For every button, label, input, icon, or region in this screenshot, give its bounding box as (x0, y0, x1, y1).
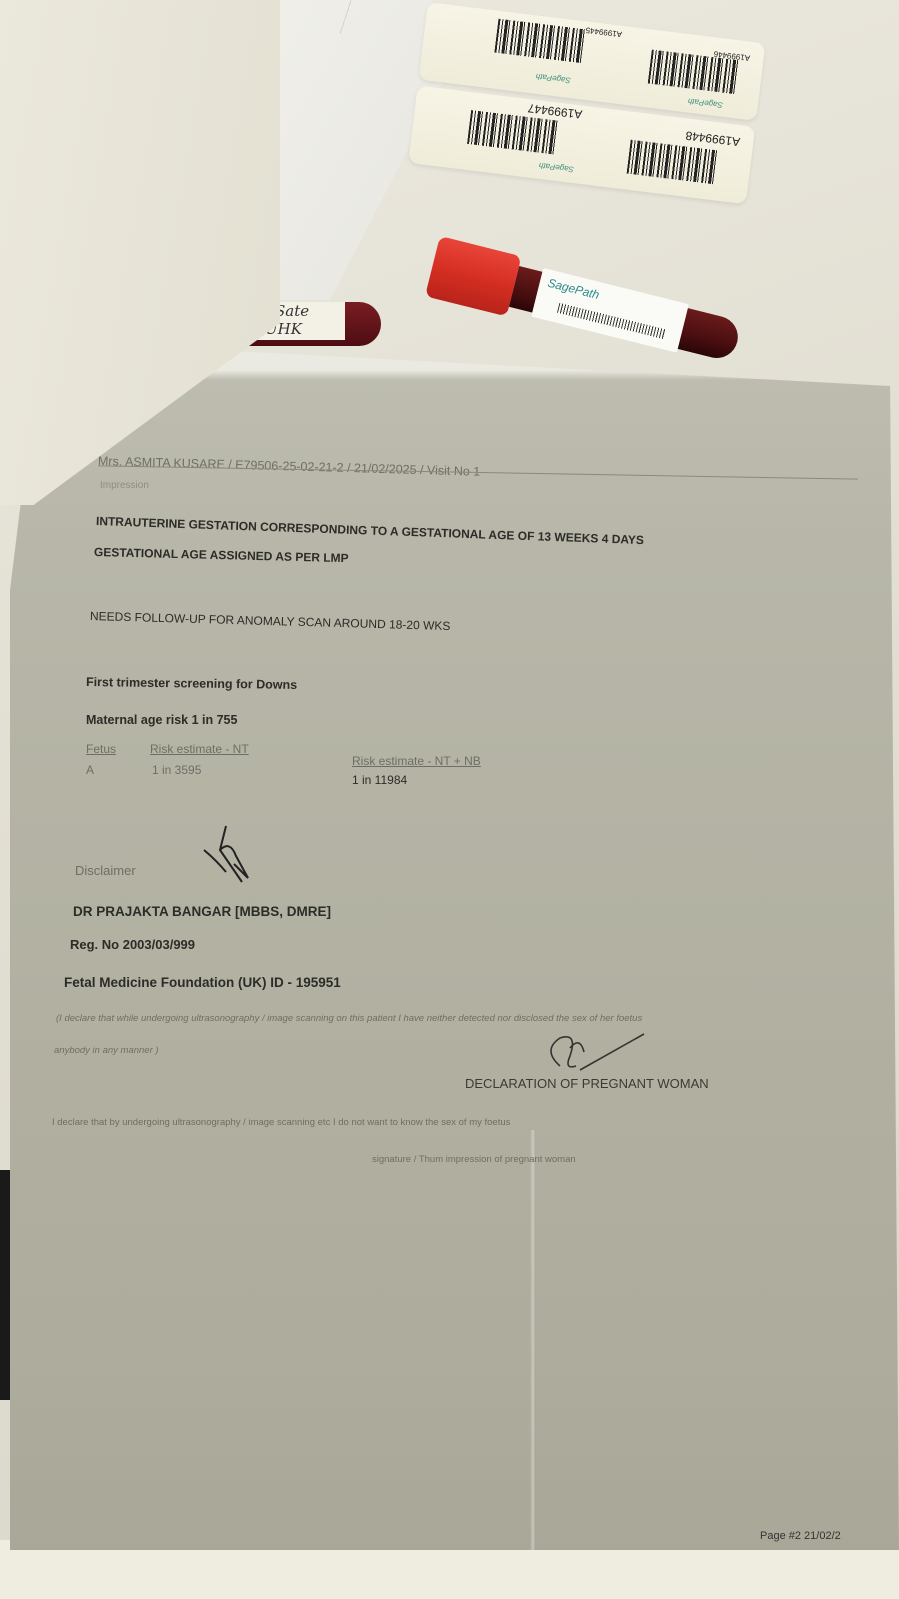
doctor-name: DR PRAJAKTA BANGAR [MBBS, DMRE] (73, 904, 331, 919)
paper-crease (530, 1130, 536, 1550)
doctor-reg-no: Reg. No 2003/03/999 (70, 937, 195, 952)
fmf-id: Fetal Medicine Foundation (UK) ID - 1959… (64, 975, 341, 990)
doctor-signature-icon (196, 820, 266, 890)
patient-declaration-text: I declare that by undergoing ultrasonogr… (52, 1117, 510, 1128)
handwritten-text: Sate (275, 302, 309, 320)
brand-logo-text: SagePath (535, 72, 571, 85)
patient-signature-icon (540, 1030, 650, 1078)
maternal-age-risk: Maternal age risk 1 in 755 (86, 713, 237, 727)
doctor-declaration: (I declare that while undergoing ultraso… (56, 1013, 642, 1024)
brand-logo-text: SagePath (687, 96, 723, 109)
risk-table-header: Risk estimate - NT (150, 742, 249, 756)
brand-logo-text: SagePath (538, 161, 574, 174)
barcode-id: A1999448 (685, 128, 741, 149)
risk-table-header: Risk estimate - NT + NB (352, 754, 481, 768)
barcode-id: A1999445 (585, 25, 622, 38)
patient-declaration-title: DECLARATION OF PREGNANT WOMAN (465, 1076, 709, 1091)
disclaimer-label: Disclaimer (75, 863, 136, 878)
faded-print-text: _________ (330, 0, 361, 34)
doctor-declaration-cont: anybody in any manner ) (54, 1045, 159, 1056)
risk-table-cell: A (86, 763, 94, 777)
risk-table-cell: 1 in 3595 (152, 763, 201, 777)
signature-caption: signature / Thum impression of pregnant … (372, 1154, 576, 1165)
brand-logo-text: SagePath (546, 276, 601, 302)
barcode (627, 140, 718, 184)
risk-table-header: Fetus (86, 742, 116, 756)
risk-table-cell: 1 in 11984 (352, 773, 407, 787)
screening-title: First trimester screening for Downs (86, 675, 297, 692)
barcode (494, 19, 585, 63)
impression-label: Impression (100, 480, 149, 491)
page-footer: Page #2 21/02/2 (760, 1530, 841, 1542)
